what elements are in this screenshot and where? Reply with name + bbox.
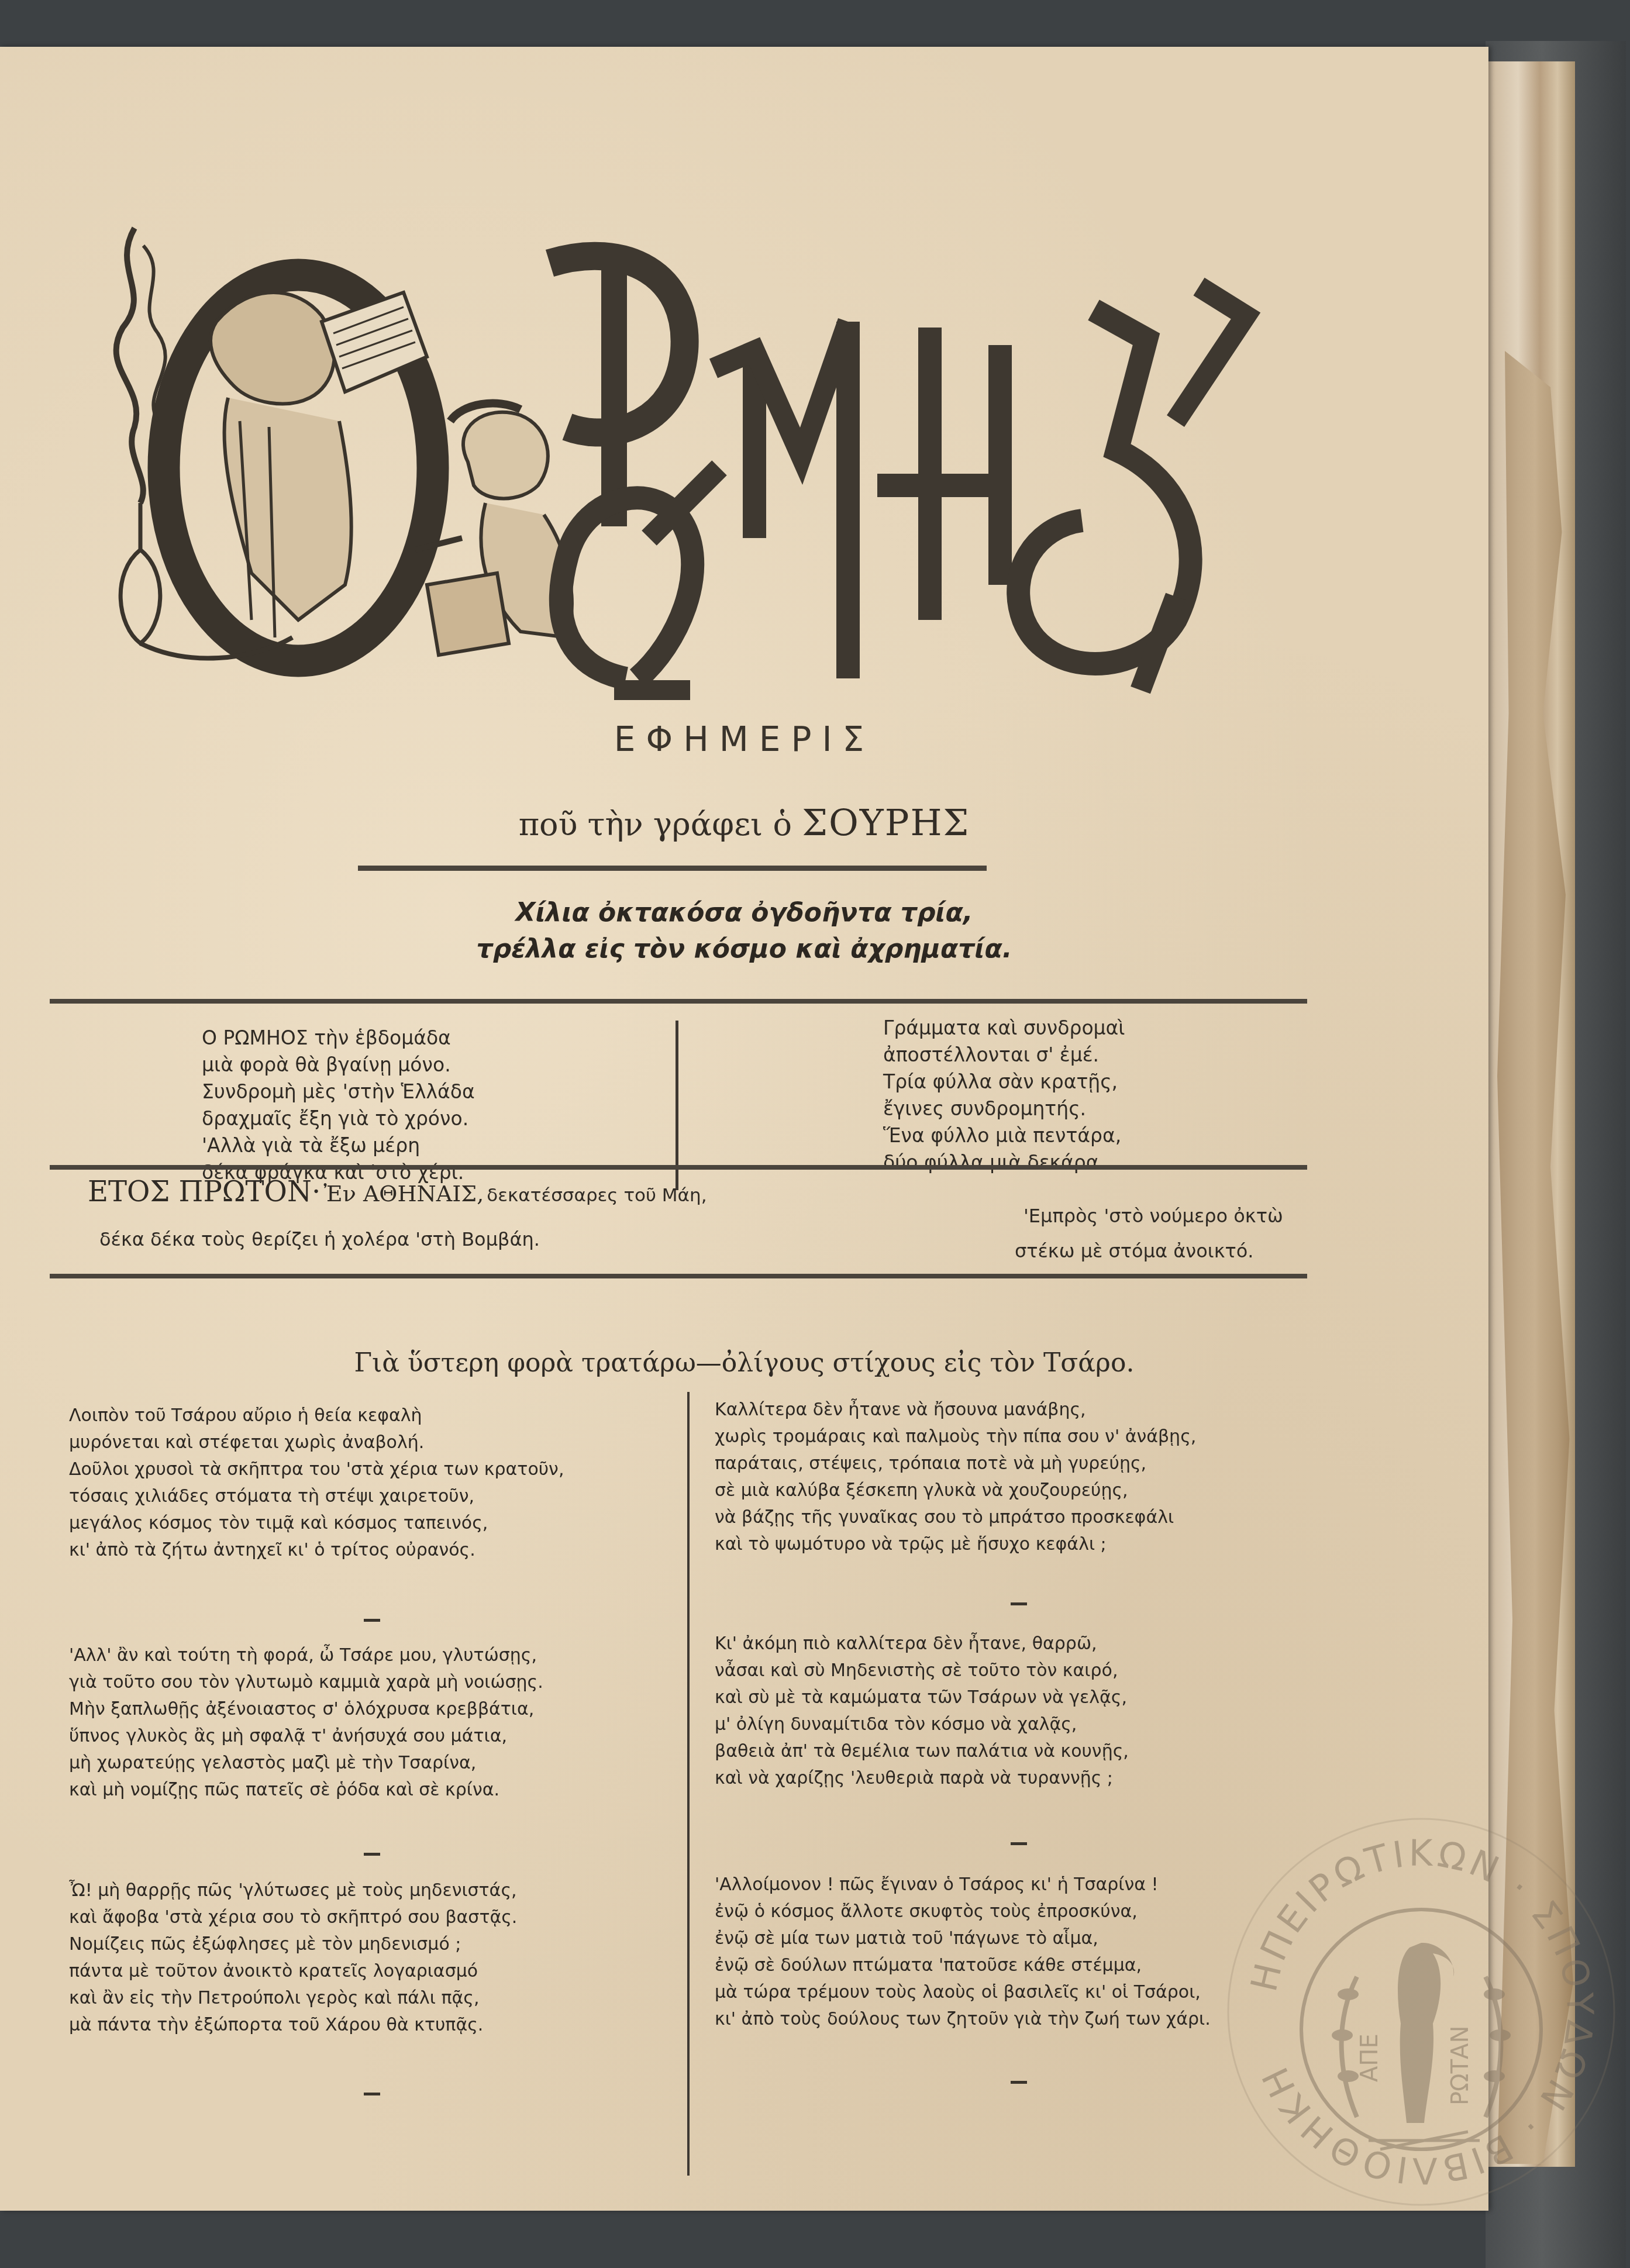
poem-line: βαθειὰ ἀπ' τὰ θεμέλια των παλάτια νὰ κου… [715, 1738, 1129, 1765]
masthead-rule [358, 866, 987, 871]
verse-line: ἔγινες συνδρομητής. [883, 1095, 1125, 1122]
poem-line: καὶ σὺ μὲ τὰ καμώματα τῶν Τσάρων νὰ γελᾷ… [715, 1684, 1129, 1711]
stanza-right-3: 'Αλλοίμονον ! πῶς ἔγιναν ὁ Τσάρος κι' ἡ … [715, 1871, 1211, 2033]
issue-number-line-2: στέκω μὲ στόμα ἀνοικτό. [1015, 1240, 1254, 1262]
column-divider [687, 1392, 690, 2176]
issue-note: δέκα δέκα τοὺς θερίζει ἡ χολέρα 'στὴ Βομ… [99, 1228, 540, 1250]
verse-line: Ἕνα φύλλο μιὰ πεντάρα, [883, 1122, 1125, 1149]
poem-line: ἐνῷ ὁ κόσμος ἄλλοτε σκυφτὸς τοὺς ἐπροσκύ… [715, 1898, 1211, 1925]
poem-line: καὶ ἄφοβα 'στὰ χέρια σου τὸ σκῆπτρό σου … [69, 1904, 517, 1931]
poem-line: πάντα μὲ τοῦτον ἀνοικτὸ κρατεῖς λογαριασ… [69, 1958, 517, 1985]
stanza-separator [364, 1853, 380, 1856]
poem-line: Μὴν ξαπλωθῇς ἀξένοιαστος σ' ὁλόχρυσα κρε… [69, 1696, 543, 1723]
poem-line: 'Αλλ' ἂν καὶ τούτη τὴ φορά, ὦ Τσάρε μου,… [69, 1642, 543, 1669]
poem-line: Καλλίτερα δὲν ἦτανε νὰ ἤσουνα μανάβης, [715, 1397, 1196, 1423]
verse-line: 'Αλλὰ γιὰ τὰ ἔξω μέρη [202, 1132, 475, 1159]
verse-line: Τρία φύλλα σὰν κρατῇς, [883, 1068, 1125, 1095]
stanza-separator [364, 2093, 380, 2095]
title-lettering-icon [550, 256, 1246, 690]
stanza-left-1: Λοιπὸν τοῦ Τσάρου αὔριο ἡ θεία κεφαλὴ μυ… [69, 1402, 564, 1564]
poem-line: καὶ ἂν εἰς τὴν Πετρούπολι γερὸς καὶ πάλι… [69, 1985, 517, 2012]
poem-line: νὰ βάζῃς τῆς γυναῖκας σου τὸ μπράτσο προ… [715, 1504, 1196, 1531]
poem-line: γιὰ τοῦτο σου τὸν γλυτωμὸ καμμιὰ χαρὰ μὴ… [69, 1669, 543, 1696]
poem-line: μὰ πάντα τὴν ἐξώπορτα τοῦ Χάρου θὰ κτυπᾷ… [69, 2012, 517, 2039]
verse-line: Γράμματα καὶ συνδρομαὶ [883, 1015, 1125, 1042]
issue-number-line-1: 'Εμπρὸς 'στὸ νούμερο ὀκτὼ [1024, 1205, 1283, 1227]
poem-line: μὰ τώρα τρέμουν τοὺς λαοὺς οἱ βασιλεῖς κ… [715, 1979, 1211, 2006]
stanza-left-3: Ὦ! μὴ θαρρῇς πῶς 'γλύτωσες μὲ τοὺς μηδεν… [69, 1877, 517, 2039]
poem-line: τόσαις χιλιάδες στόματα τὴ στέψι χαιρετο… [69, 1483, 564, 1510]
issue-year: ΕΤΟΣ ΠΡΩΤΟΝ· [88, 1176, 321, 1208]
poem-line: χωρὶς τρομάραις καὶ παλμοὺς τὴν πίπα σου… [715, 1423, 1196, 1450]
poem-line: ἐνῷ σὲ μία των ματιὰ τοῦ 'πάγωνε τὸ αἷμα… [715, 1925, 1211, 1952]
stanza-separator [1011, 1842, 1027, 1845]
stanza-left-2: 'Αλλ' ἂν καὶ τούτη τὴ φορά, ὦ Τσάρε μου,… [69, 1642, 543, 1804]
poem-line: Δοῦλοι χρυσοὶ τὰ σκῆπτρα του 'στὰ χέρια … [69, 1456, 564, 1483]
poem-line: παράταις, στέψεις, τρόπαια ποτὲ νὰ μὴ γυ… [715, 1450, 1196, 1477]
verse-line: Ο ΡΩΜΗΟΣ τὴν ἑβδομάδα [202, 1025, 475, 1052]
letter-omicron-with-figure-icon [116, 228, 572, 661]
masthead-illustration [99, 175, 1316, 714]
issue-date: δεκατέσσαρες τοῦ Μάη, [487, 1185, 707, 1206]
poem-line: κι' ἀπὸ τὰ ζήτω ἀντηχεῖ κι' ὁ τρίτος οὐρ… [69, 1537, 564, 1564]
newspaper-subtitle: ΕΦΗΜΕΡΙΣ [0, 719, 1488, 759]
poem-line: καὶ νὰ χαρίζῃς 'λευθεριὰ παρὰ νὰ τυραννῇ… [715, 1765, 1129, 1792]
masthead [99, 175, 1316, 714]
verse-line: δύο φύλλα μιὰ δεκάρα. [883, 1149, 1125, 1176]
newspaper-page: ΕΦΗΜΕΡΙΣ ποῦ τὴν γράφει ὁ ΣΟΥΡΗΣ Χίλια ὀ… [0, 47, 1488, 2211]
issue-info-bottom-rule [50, 1274, 1307, 1278]
motto-line: τρέλλα εἰς τὸν κόσμο καὶ ἀχρηματία. [0, 931, 1488, 967]
poem-line: καὶ μὴ νομίζῃς πῶς πατεῖς σὲ ῥόδα καὶ σὲ… [69, 1777, 543, 1804]
issue-info-left: ΕΤΟΣ ΠΡΩΤΟΝ· Ἐν ΑΘΗΝΑΙΣ, δεκατέσσαρες το… [88, 1176, 707, 1208]
poem-line: μὴ χωρατεύῃς γελαστὸς μαζὶ μὲ τὴν Τσαρίν… [69, 1750, 543, 1777]
poem-line: 'Αλλοίμονον ! πῶς ἔγιναν ὁ Τσάρος κι' ἡ … [715, 1871, 1211, 1898]
poem-line: Κι' ἀκόμη πιὸ καλλίτερα δὲν ἦτανε, θαρρῶ… [715, 1631, 1129, 1657]
poem-line: μ' ὀλίγη δυναμίτιδα τὸν κόσμο νὰ χαλᾷς, [715, 1711, 1129, 1738]
verse-line: μιὰ φορὰ θὰ βγαίνῃ μόνο. [202, 1052, 475, 1078]
stanza-right-2: Κι' ἀκόμη πιὸ καλλίτερα δὲν ἦτανε, θαρρῶ… [715, 1631, 1129, 1792]
poem-line: ὕπνος γλυκὸς ἂς μὴ σφαλᾷ τ' ἀνήσυχά σου … [69, 1723, 543, 1750]
poem-line: καὶ τὸ ψωμότυρο νὰ τρῷς μὲ ἥσυχο κεφάλι … [715, 1531, 1196, 1558]
byline: ποῦ τὴν γράφει ὁ ΣΟΥΡΗΣ [0, 801, 1488, 844]
stanza-separator [364, 1619, 380, 1622]
poem-line: Νομίζεις πῶς ἐξώφλησες μὲ τὸν μηδενισμό … [69, 1931, 517, 1958]
stanza-separator [1011, 1602, 1027, 1605]
poem-line: Ὦ! μὴ θαρρῇς πῶς 'γλύτωσες μὲ τοὺς μηδεν… [69, 1877, 517, 1904]
stanza-separator [1011, 2081, 1027, 2084]
subscription-terms-right: Γράμματα καὶ συνδρομαὶ ἀποστέλλονται σ' … [883, 1015, 1125, 1176]
poem-title: Γιὰ ὕστερη φορὰ τρατάρω—ὀλίγους στίχους … [0, 1348, 1488, 1378]
poem-line: μεγάλος κόσμος τὸν τιμᾷ καὶ κόσμος ταπει… [69, 1510, 564, 1537]
poem-line: κι' ἀπὸ τοὺς δούλους των ζητοῦν γιὰ τὴν … [715, 2006, 1211, 2033]
poem-line: νἆσαι καὶ σὺ Μηδενιστὴς σὲ τοῦτο τὸν και… [715, 1657, 1129, 1684]
subscription-bottom-rule [50, 1165, 1307, 1170]
issue-place: Ἐν ΑΘΗΝΑΙΣ, [323, 1181, 484, 1207]
poem-line: ἐνῷ σὲ δούλων πτώματα 'πατοῦσε κάθε στέμ… [715, 1952, 1211, 1979]
motto-line: Χίλια ὀκτακόσα ὀγδοῆντα τρία, [0, 895, 1488, 931]
poem-line: μυρόνεται καὶ στέφεται χωρὶς ἀναβολή. [69, 1429, 564, 1456]
subscription-terms-left: Ο ΡΩΜΗΟΣ τὴν ἑβδομάδα μιὰ φορὰ θὰ βγαίνῃ… [202, 1025, 475, 1186]
byline-prefix: ποῦ τὴν γράφει ὁ [519, 806, 792, 843]
verse-line: Συνδρομὴ μὲς 'στὴν Ἑλλάδα [202, 1078, 475, 1105]
stanza-right-1: Καλλίτερα δὲν ἦτανε νὰ ἤσουνα μανάβης, χ… [715, 1397, 1196, 1558]
motto: Χίλια ὀκτακόσα ὀγδοῆντα τρία, τρέλλα εἰς… [0, 895, 1488, 967]
verse-line: δραχμαῖς ἔξη γιὰ τὸ χρόνο. [202, 1105, 475, 1132]
poem-line: σὲ μιὰ καλύβα ξέσκεπη γλυκὰ νὰ χουζουρεύ… [715, 1477, 1196, 1504]
author-name: ΣΟΥΡΗΣ [802, 801, 970, 844]
poem-line: Λοιπὸν τοῦ Τσάρου αὔριο ἡ θεία κεφαλὴ [69, 1402, 564, 1429]
subscription-top-rule [50, 999, 1307, 1004]
verse-line: ἀποστέλλονται σ' ἐμέ. [883, 1042, 1125, 1068]
